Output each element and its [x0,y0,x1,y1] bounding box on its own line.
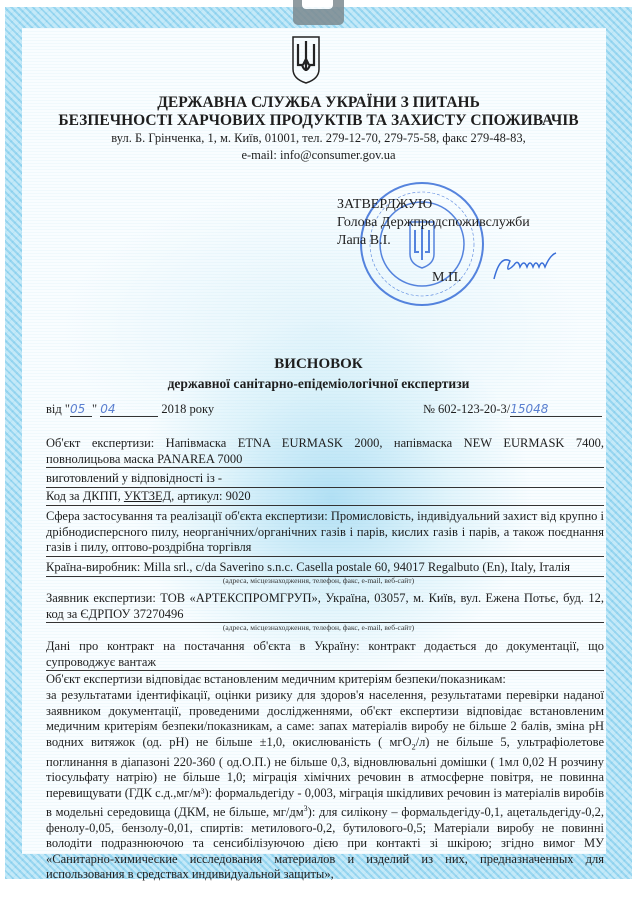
agency-address: вул. Б. Грінченка, 1, м. Київ, 01001, те… [0,131,637,146]
approval-name: Лапа В.І. [337,232,530,250]
field-scope: Сфера застосування та реалізації об'єкта… [46,509,604,557]
document-subtitle: державної санітарно-епідеміологічної екс… [0,376,637,392]
trident-emblem-icon [291,35,321,85]
signature-icon [490,245,560,285]
document-number: № 602-123-20-3/15048 [423,402,602,417]
field-object: Об'єкт експертизи: Напівмаска ETNA EURMA… [46,436,604,468]
scanner-tab-overlay [293,0,344,25]
document-date: від "05" 04 2018 року [46,402,214,417]
address-note: (адреса, місцезнаходження, телефон, факс… [0,576,637,585]
number-handwritten: 15048 [510,402,602,417]
date-year: 2018 року [161,402,214,416]
date-month: 04 [100,402,158,417]
date-day: 05 [70,402,92,417]
address-note-2: (адреса, місцезнаходження, телефон, факс… [0,623,637,632]
field-code: Код за ДКПП, УКТЗЕД, артикул: 9020 [46,489,604,506]
agency-email: e-mail: info@consumer.gov.ua [0,148,637,163]
document-title: ВИСНОВОК [0,356,637,373]
field-applicant: Заявник експертизи: ТОВ «АРТЕКСПРОМГРУП»… [46,591,604,623]
agency-name-line2: БЕЗПЕЧНОСТІ ХАРЧОВИХ ПРОДУКТІВ ТА ЗАХИСТ… [0,112,637,130]
field-made-according: виготовлений у відповідності із - [46,471,604,488]
compliance-text: за результатами ідентифікації, оцінки ри… [46,688,604,883]
agency-name-line1: ДЕРЖАВНА СЛУЖБА УКРАЇНИ З ПИТАНЬ [0,94,637,112]
approval-heading: ЗАТВЕРДЖУЮ [337,196,530,214]
approval-block: ЗАТВЕРДЖУЮ Голова Держпродспоживслужби Л… [337,196,530,250]
compliance-heading: Об'єкт експертизи відповідає встановлени… [46,672,604,688]
field-contract: Дані про контракт на постачання об'єкта … [46,639,604,671]
seal-label: М.П. [432,270,462,286]
approval-position: Голова Держпродспоживслужби [337,214,530,232]
field-country: Країна-виробник: Milla srl., c/da Saveri… [46,560,604,577]
